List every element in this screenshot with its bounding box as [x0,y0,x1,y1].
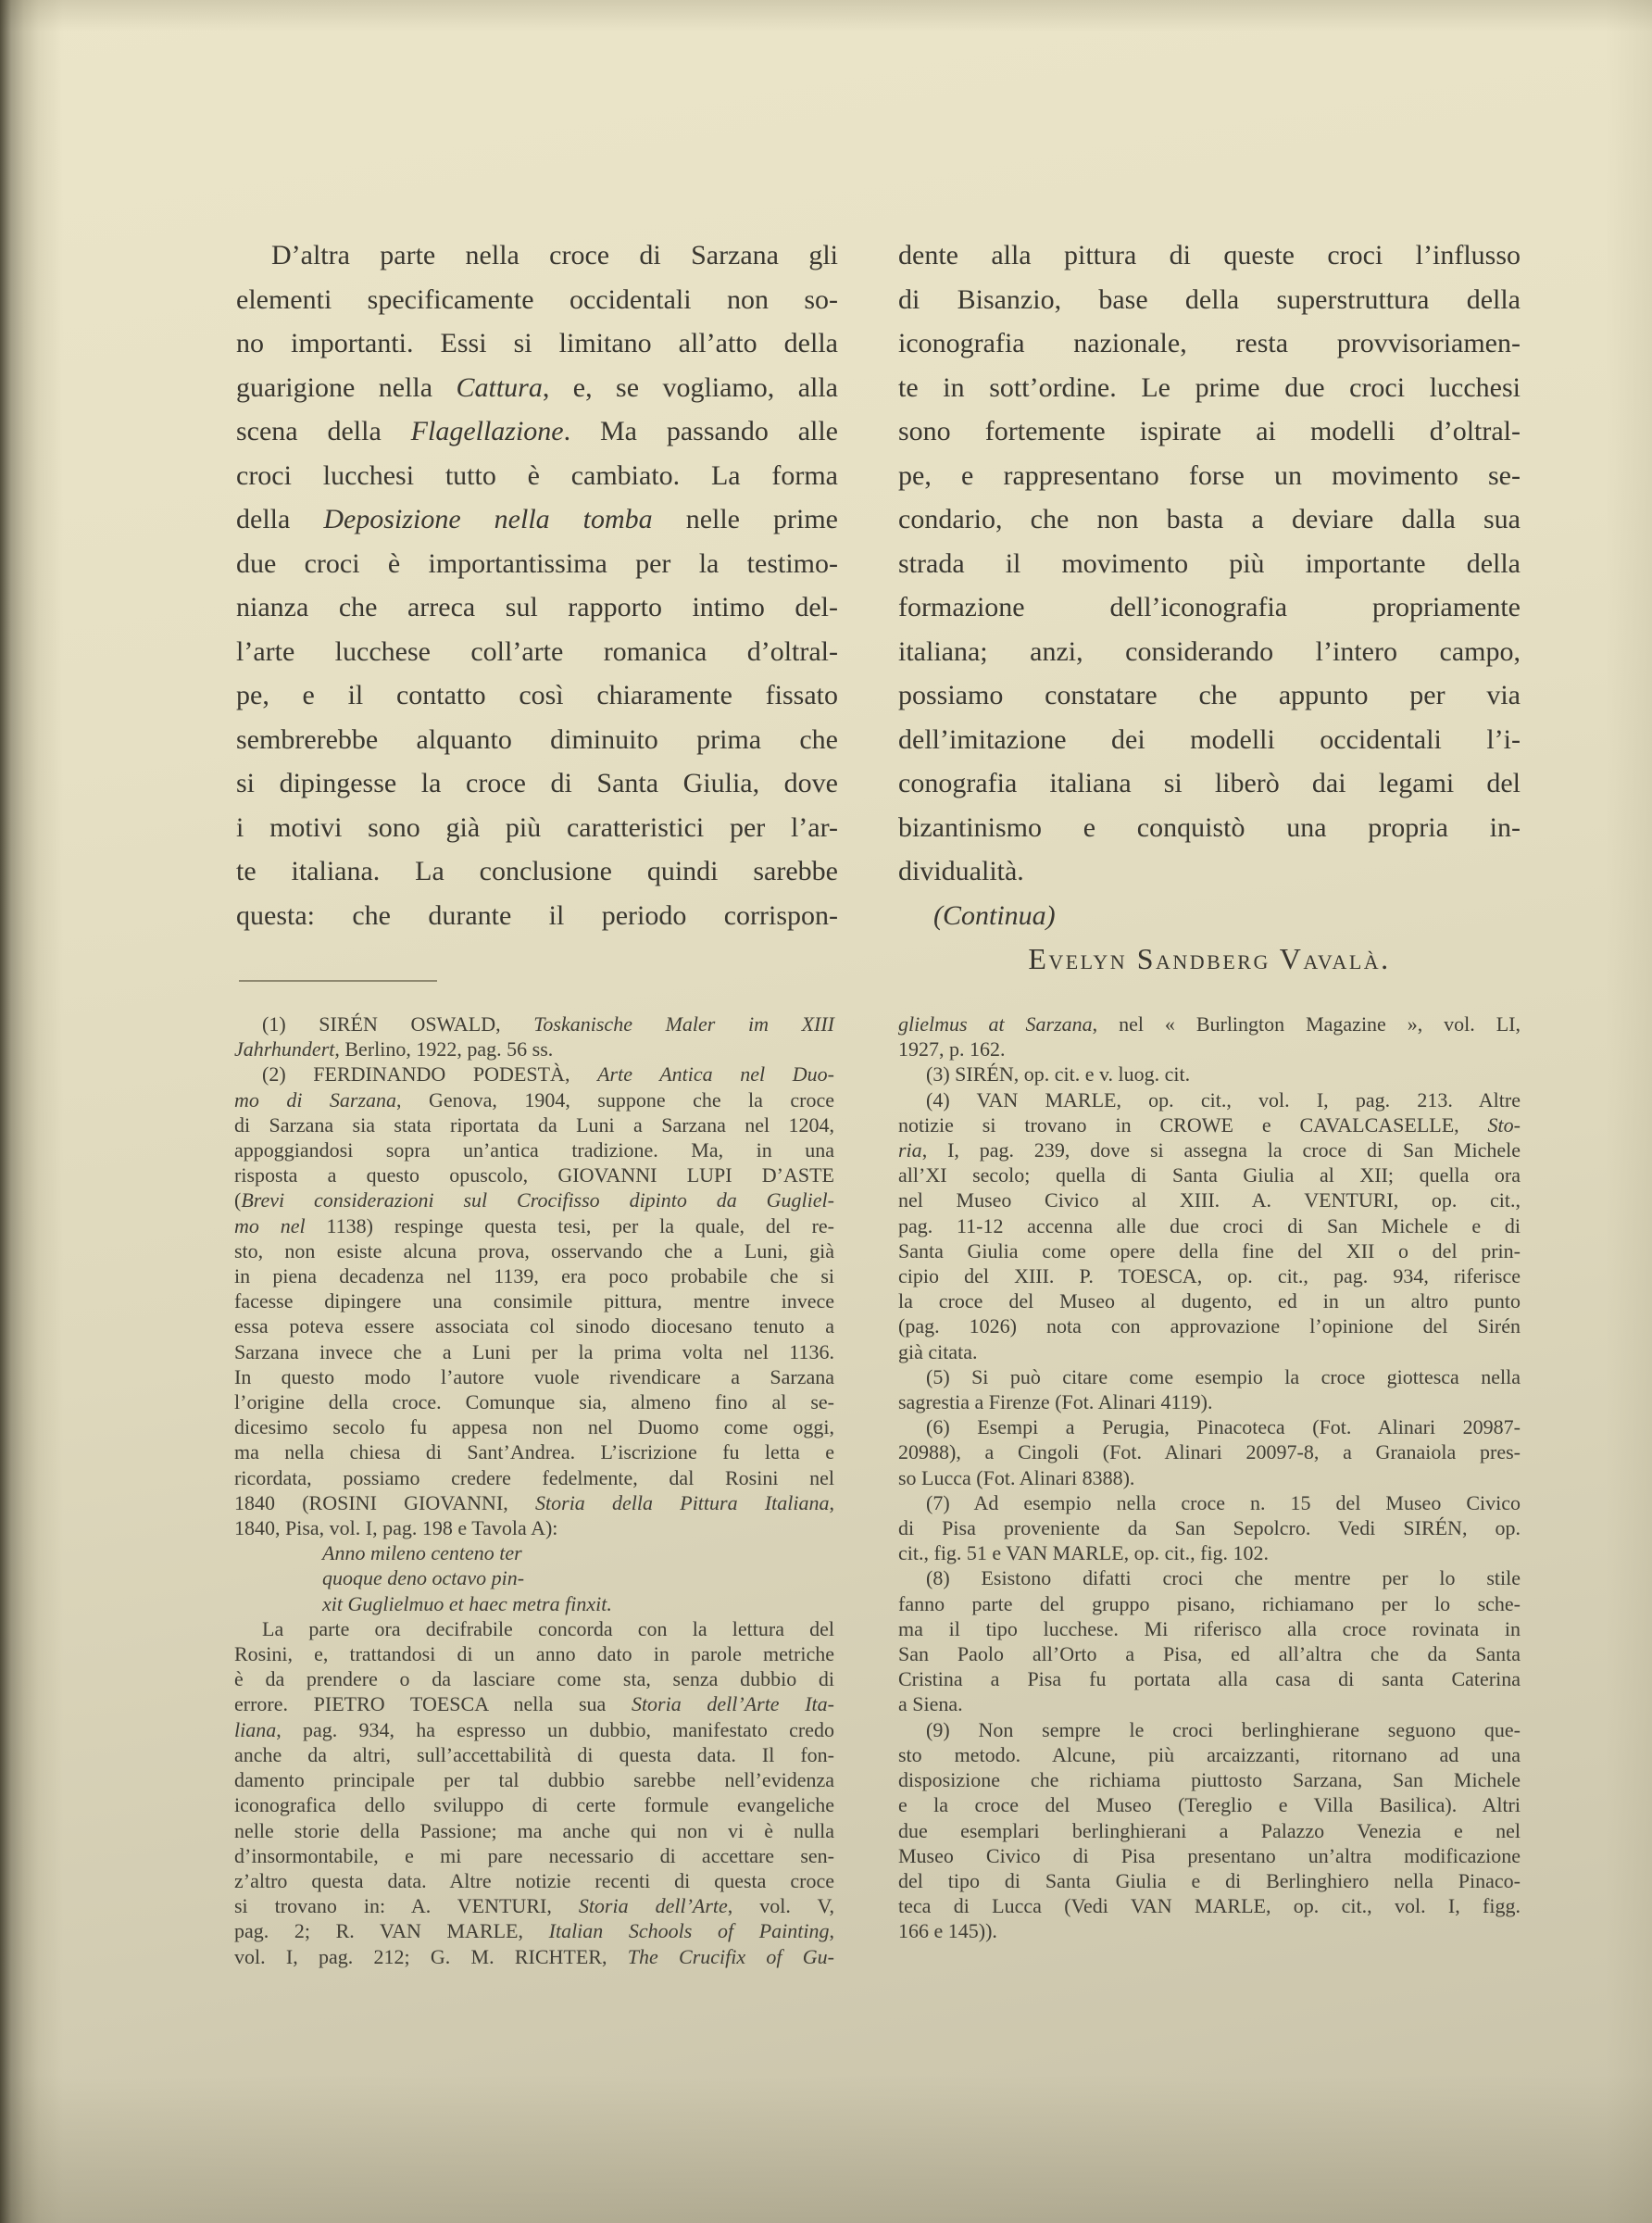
text-run: croci lucchesi tutto è cambiato. La form… [236,460,838,491]
text-run: sembrerebbe alquanto diminuito prima che [236,724,838,755]
text-run: D’altra parte nella croce di Sarzana gli [271,240,838,270]
text-run: di Pisa proveniente da San Sepolcro. Ved… [898,1516,1521,1539]
text-line: italiana; anzi, considerando l’intero ca… [898,630,1521,674]
text-run: , [830,1491,835,1514]
text-line: errore. PIETRO TOESCA nella sua Storia d… [234,1691,834,1716]
text-run: Cristina a Pisa fu portata alla casa di … [898,1667,1521,1690]
text-line: si dipingesse la croce di Santa Giulia, … [236,761,838,806]
text-line: sto metodo. Alcune, più arcaizzanti, rit… [898,1742,1521,1767]
text-run: (3) SIRÉN, op. cit. e v. luog. cit. [926,1062,1190,1086]
text-run: fanno parte del gruppo pisano, richiaman… [898,1592,1521,1615]
text-line: glielmus at Sarzana, nel « Burlington Ma… [898,1011,1521,1036]
footnotes-right-column: glielmus at Sarzana, nel « Burlington Ma… [898,1011,1521,1944]
text-run: conografia italiana si liberò dai legami… [898,768,1521,798]
text-line: sagrestia a Firenze (Fot. Alinari 4119). [898,1389,1521,1414]
text-line: notizie si trovano in CROWE e CAVALCASEL… [898,1112,1521,1137]
text-run: dente alla pittura di queste croci l’inf… [898,240,1521,270]
text-run: nel Museo Civico al XIII. A. VENTURI, op… [898,1188,1521,1212]
text-line: ma nella chiesa di Sant’Andrea. L’iscriz… [234,1439,834,1464]
text-run: risposta a questo opuscolo, GIOVANNI LUP… [234,1163,834,1187]
text-run: pe, e rappresentano forse un movimento s… [898,460,1521,491]
text-run: no importanti. Essi si limitano all’atto… [236,328,838,358]
text-run: bizantinismo e conquistò una propria in- [898,812,1521,843]
text-line: nianza che arreca sul rapporto intimo de… [236,585,838,630]
text-run: (2) FERDINANDO PODESTÀ, [262,1062,597,1086]
text-line: pag. 2; R. VAN MARLE, Italian Schools of… [234,1918,834,1943]
text-run: nelle storie della Passione; ma anche qu… [234,1819,834,1842]
italic-text-run: xit Guglielmuo et haec metra finxit. [322,1592,612,1615]
text-line: 166 e 145)). [898,1918,1521,1943]
text-run: te in sott’ordine. Le prime due croci lu… [898,372,1521,403]
italic-text-run: Anno mileno centeno ter [322,1541,522,1564]
footnote-separator-rule [239,980,437,982]
text-line: e la croce del Museo (Tereglio e Villa B… [898,1792,1521,1817]
italic-text-run: ria [898,1138,922,1162]
footnotes-left-column: (1) SIRÉN OSWALD, Toskanische Maler im X… [234,1011,834,1969]
text-run: , Genova, 1904, suppone che la croce [396,1088,834,1111]
text-line: 1927, p. 162. [898,1036,1521,1061]
italic-text-run: Sto- [1488,1113,1521,1137]
text-line: (pag. 1026) nota con approvazione l’opin… [898,1313,1521,1338]
italic-text-run: Toskanische Maler im XIII [533,1012,834,1036]
italic-text-run: Flagellazione [411,416,564,446]
text-line: i motivi sono già più caratteristici per… [236,806,838,850]
text-run: dell’imitazione dei modelli occidentali … [898,724,1521,755]
text-run: notizie si trovano in CROWE e CAVALCASEL… [898,1113,1488,1137]
text-line: Jahrhundert, Berlino, 1922, pag. 56 ss. [234,1036,834,1061]
text-run: si dipingesse la croce di Santa Giulia, … [236,768,838,798]
text-line: cit., fig. 51 e VAN MARLE, op. cit., fig… [898,1540,1521,1565]
text-run: già citata. [898,1340,978,1363]
text-line: conografia italiana si liberò dai legami… [898,761,1521,806]
text-line: dell’imitazione dei modelli occidentali … [898,718,1521,762]
text-line: 20988), a Cingoli (Fot. Alinari 20097-8,… [898,1439,1521,1464]
text-line: mo di Sarzana, Genova, 1904, suppone che… [234,1087,834,1112]
text-run: (7) Ad esempio nella croce n. 15 del Mus… [926,1491,1521,1514]
text-run: cit., fig. 51 e VAN MARLE, op. cit., fig… [898,1541,1269,1564]
text-run: (5) Si può citare come esempio la croce … [926,1365,1521,1388]
text-run: , I, pag. 239, dove si assegna la croce … [922,1138,1521,1162]
text-line: di Sarzana sia stata riportata da Luni a… [234,1112,834,1137]
text-line: di Pisa proveniente da San Sepolcro. Ved… [898,1515,1521,1540]
text-run: San Paolo all’Orto a Pisa, ed all’altra … [898,1642,1521,1665]
italic-text-run: Storia della Pittura Italiana [535,1491,829,1514]
text-run: (1) SIRÉN OSWALD, [262,1012,533,1036]
text-run: Santa Giulia come opere della fine del X… [898,1239,1521,1262]
text-line: possiamo constatare che appunto per via [898,673,1521,718]
text-line: Sarzana invece che a Luni per la prima v… [234,1339,834,1364]
text-line: teca di Lucca (Vedi VAN MARLE, op. cit.,… [898,1893,1521,1918]
main-text-left-column: D’altra parte nella croce di Sarzana gli… [236,233,838,937]
text-run: guarigione nella [236,372,456,403]
text-run: , vol. V, [728,1894,834,1917]
text-line: (7) Ad esempio nella croce n. 15 del Mus… [898,1490,1521,1515]
text-run: di Bisanzio, base della superstruttura d… [898,284,1521,315]
italic-text-run: glielmus at Sarzana [898,1012,1093,1036]
text-line: La parte ora decifrabile concorda con la… [234,1616,834,1641]
text-run: pag. 2; R. VAN MARLE, [234,1919,549,1942]
text-run: Sarzana invece che a Luni per la prima v… [234,1340,834,1363]
text-line: essa poteva essere associata col sinodo … [234,1313,834,1338]
text-run: all’XI secolo; quella di Santa Giulia al… [898,1163,1521,1187]
text-run: (6) Esempi a Perugia, Pinacoteca (Fot. A… [926,1415,1521,1438]
text-line: di Bisanzio, base della superstruttura d… [898,278,1521,322]
text-line: guarigione nella Cattura, e, se vogliamo… [236,366,838,410]
text-line: Museo Civico di Pisa presentano un’altra… [898,1843,1521,1868]
text-run: si trovano in: A. VENTURI, [234,1894,579,1917]
text-line: so Lucca (Fot. Alinari 8388). [898,1465,1521,1490]
text-run: e la croce del Museo (Tereglio e Villa B… [898,1793,1521,1816]
text-run: , pag. 934, ha espresso un dubbio, manif… [276,1718,834,1741]
text-line: all’XI secolo; quella di Santa Giulia al… [898,1162,1521,1187]
author-signature: Evelyn Sandberg Vavalà. [898,937,1521,982]
text-line: appoggiandosi sopra un’antica tradizione… [234,1137,834,1162]
text-run: Rosini, e, trattandosi di un anno dato i… [234,1642,834,1665]
text-run: del tipo di Santa Giulia e di Berlinghie… [898,1869,1521,1892]
text-run: iconografia nazionale, resta provvisoria… [898,328,1521,358]
text-run: , e, se vogliamo, alla [543,372,838,403]
text-line: risposta a questo opuscolo, GIOVANNI LUP… [234,1162,834,1187]
text-run: 1927, p. 162. [898,1037,1006,1061]
text-run: (8) Esistono difatti croci che mentre pe… [926,1566,1521,1589]
italic-text-run: Deposizione nella tomba [323,504,652,534]
text-run: te italiana. La conclusione quindi sareb… [236,856,838,886]
text-run: due esemplari berlinghierani a Palazzo V… [898,1819,1521,1842]
text-line: ricordata, possiamo credere fedelmente, … [234,1465,834,1490]
italic-text-run: Jahrhundert [234,1037,334,1061]
text-run: sto, non esiste alcuna prova, osservando… [234,1239,834,1262]
text-line: condario, che non basta a deviare dalla … [898,497,1521,542]
text-run: sagrestia a Firenze (Fot. Alinari 4119). [898,1390,1213,1413]
text-run: teca di Lucca (Vedi VAN MARLE, op. cit.,… [898,1894,1521,1917]
text-run: possiamo constatare che appunto per via [898,680,1521,710]
text-line: d’insormontabile, e mi pare necessario d… [234,1843,834,1868]
text-line: Anno mileno centeno ter [234,1540,834,1565]
text-run: . Ma passando alle [564,416,838,446]
text-line: mo nel 1138) respinge questa tesi, per l… [234,1213,834,1238]
italic-text-run: Storia dell’Arte [579,1894,728,1917]
text-line: a Siena. [898,1691,1521,1716]
text-line: sto, non esiste alcuna prova, osservando… [234,1238,834,1263]
text-line: (Brevi considerazioni sul Crocifisso dip… [234,1187,834,1212]
text-line: te in sott’ordine. Le prime due croci lu… [898,366,1521,410]
text-line: z’altro questa data. Altre notizie recen… [234,1868,834,1893]
text-run: , nel « Burlington Magazine », vol. LI, [1093,1012,1521,1036]
text-line: due esemplari berlinghierani a Palazzo V… [898,1818,1521,1843]
text-run: dicesimo secolo fu appesa non nel Duomo … [234,1415,834,1438]
text-run: è da prendere o da lasciare come sta, se… [234,1667,834,1690]
text-run: ma il tipo lucchese. Mi riferisco alla c… [898,1617,1521,1640]
text-run: facesse dipingere una consimile pittura,… [234,1289,834,1312]
text-run: La parte ora decifrabile concorda con la… [262,1617,834,1640]
italic-text-run: Italian Schools of Painting [549,1919,830,1942]
text-line: San Paolo all’Orto a Pisa, ed all’altra … [898,1641,1521,1666]
text-run: d’insormontabile, e mi pare necessario d… [234,1844,834,1867]
text-line: già citata. [898,1339,1521,1364]
text-line: te italiana. La conclusione quindi sareb… [236,849,838,894]
text-run: i motivi sono già più caratteristici per… [236,812,838,843]
text-line: Cristina a Pisa fu portata alla casa di … [898,1666,1521,1691]
text-line: elementi specificamente occidentali non … [236,278,838,322]
italic-text-run: The Crucifix of Gu- [628,1945,834,1968]
text-run: due croci è importantissima per la testi… [236,548,838,579]
main-text-right-lines: dente alla pittura di queste croci l’inf… [898,233,1521,894]
text-line: si trovano in: A. VENTURI, Storia dell’A… [234,1893,834,1918]
text-line: In questo modo l’autore vuole rivendicar… [234,1364,834,1389]
text-line: sembrerebbe alquanto diminuito prima che [236,718,838,762]
text-line: (1) SIRÉN OSWALD, Toskanische Maler im X… [234,1011,834,1036]
text-line: (4) VAN MARLE, op. cit., vol. I, pag. 21… [898,1087,1521,1112]
italic-text-run: mo di Sarzana [234,1088,396,1111]
text-line: quoque deno octavo pin- [234,1565,834,1590]
text-run: 20988), a Cingoli (Fot. Alinari 20097-8,… [898,1440,1521,1463]
text-run: a Siena. [898,1692,963,1715]
text-line: dente alla pittura di queste croci l’inf… [898,233,1521,278]
text-run: cipio del XIII. P. TOESCA, op. cit., pag… [898,1264,1521,1287]
text-line: (5) Si può citare come esempio la croce … [898,1364,1521,1389]
text-run: errore. PIETRO TOESCA nella sua [234,1692,632,1715]
scanned-book-page: D’altra parte nella croce di Sarzana gli… [0,0,1652,2223]
text-run: z’altro questa data. Altre notizie recen… [234,1869,834,1892]
text-line: ma il tipo lucchese. Mi riferisco alla c… [898,1616,1521,1641]
text-line: croci lucchesi tutto è cambiato. La form… [236,454,838,498]
text-run: anche da altri, sull’accettabilità di qu… [234,1743,834,1766]
text-run: pe, e il contatto così chiaramente fissa… [236,680,838,710]
text-run: in piena decadenza nel 1139, era poco pr… [234,1264,834,1287]
text-line: pe, e il contatto così chiaramente fissa… [236,673,838,718]
text-line: due croci è importantissima per la testi… [236,542,838,586]
text-line: dicesimo secolo fu appesa non nel Duomo … [234,1414,834,1439]
text-line: iconografia nazionale, resta provvisoria… [898,321,1521,366]
text-line: Santa Giulia come opere della fine del X… [898,1238,1521,1263]
text-line: Rosini, e, trattandosi di un anno dato i… [234,1641,834,1666]
text-run: vol. I, pag. 212; G. M. RICHTER, [234,1945,628,1968]
text-line: xit Guglielmuo et haec metra finxit. [234,1591,834,1616]
text-line: (9) Non sempre le croci berlinghierane s… [898,1717,1521,1742]
text-line: D’altra parte nella croce di Sarzana gli [236,233,838,278]
text-line: 1840 (ROSINI GIOVANNI, Storia della Pitt… [234,1490,834,1515]
text-run: di Sarzana sia stata riportata da Luni a… [234,1113,834,1137]
continuation-note: (Continua) [898,894,1521,938]
text-run: italiana; anzi, considerando l’intero ca… [898,636,1521,667]
italic-text-run: mo nel [234,1214,306,1237]
text-line: in piena decadenza nel 1139, era poco pr… [234,1263,834,1288]
text-run: scena della [236,416,411,446]
text-line: (2) FERDINANDO PODESTÀ, Arte Antica nel … [234,1061,834,1086]
text-run: nelle prime [653,504,838,534]
text-line: la croce del Museo al dugento, ed in un … [898,1288,1521,1313]
text-line: damento principale per tal dubbio sarebb… [234,1767,834,1792]
text-line: questa: che durante il periodo corrispon… [236,894,838,938]
text-line: 1840, Pisa, vol. I, pag. 198 e Tavola A)… [234,1515,834,1540]
text-run: (4) VAN MARLE, op. cit., vol. I, pag. 21… [926,1088,1521,1111]
text-run: 1840, Pisa, vol. I, pag. 198 e Tavola A)… [234,1516,557,1539]
text-line: facesse dipingere una consimile pittura,… [234,1288,834,1313]
text-run: (9) Non sempre le croci berlinghierane s… [926,1718,1521,1741]
text-line: è da prendere o da lasciare come sta, se… [234,1666,834,1691]
text-run: dividualità. [898,856,1024,886]
text-run: la croce del Museo al dugento, ed in un … [898,1289,1521,1312]
text-run: essa poteva essere associata col sinodo … [234,1314,834,1338]
text-run: In questo modo l’autore vuole rivendicar… [234,1365,834,1388]
text-run: questa: che durante il periodo corrispon… [236,900,838,931]
text-line: fanno parte del gruppo pisano, richiaman… [898,1591,1521,1616]
main-text-right-column: dente alla pittura di queste croci l’inf… [898,233,1521,982]
text-run: della [236,504,323,534]
text-run: l’origine della croce. Comunque sia, alm… [234,1390,834,1413]
text-run: ma nella chiesa di Sant’Andrea. L’iscriz… [234,1440,834,1463]
text-line: della Deposizione nella tomba nelle prim… [236,497,838,542]
text-run: , Berlino, 1922, pag. 56 ss. [334,1037,553,1061]
text-line: bizantinismo e conquistò una propria in- [898,806,1521,850]
italic-text-run: Cattura [456,372,542,403]
text-line: l’origine della croce. Comunque sia, alm… [234,1389,834,1414]
text-run: ricordata, possiamo credere fedelmente, … [234,1466,834,1489]
text-run: condario, che non basta a deviare dalla … [898,504,1521,534]
text-run: appoggiandosi sopra un’antica tradizione… [234,1138,834,1162]
text-run: so Lucca (Fot. Alinari 8388). [898,1466,1134,1489]
text-line: disposizione che richiama piuttosto Sarz… [898,1767,1521,1792]
italic-text-run: quoque deno octavo pin- [322,1566,524,1589]
italic-text-run: liana [234,1718,276,1741]
italic-text-run: Storia dell’Arte Ita- [632,1692,834,1715]
text-line: nel Museo Civico al XIII. A. VENTURI, op… [898,1187,1521,1212]
text-run: 1840 (ROSINI GIOVANNI, [234,1491,535,1514]
text-run: formazione dell’iconografia propriamente [898,592,1521,622]
text-run: 1138) respinge questa tesi, per la quale… [306,1214,834,1237]
text-line: del tipo di Santa Giulia e di Berlinghie… [898,1868,1521,1893]
text-line: (8) Esistono difatti croci che mentre pe… [898,1565,1521,1590]
text-run: sono fortemente ispirate ai modelli d’ol… [898,416,1521,446]
text-line: sono fortemente ispirate ai modelli d’ol… [898,409,1521,454]
text-run: sto metodo. Alcune, più arcaizzanti, rit… [898,1743,1521,1766]
text-run: , [830,1919,835,1942]
text-line: no importanti. Essi si limitano all’atto… [236,321,838,366]
text-line: strada il movimento più importante della [898,542,1521,586]
italic-text-run: Arte Antica nel Duo- [597,1062,834,1086]
text-line: anche da altri, sull’accettabilità di qu… [234,1742,834,1767]
text-line: pag. 11-12 accenna alle due croci di San… [898,1213,1521,1238]
text-line: dividualità. [898,849,1521,894]
text-run: 166 e 145)). [898,1919,997,1942]
text-line: ria, I, pag. 239, dove si assegna la cro… [898,1137,1521,1162]
text-run: iconografica dello sviluppo di certe for… [234,1793,834,1816]
text-line: iconografica dello sviluppo di certe for… [234,1792,834,1817]
text-run: nianza che arreca sul rapporto intimo de… [236,592,838,622]
text-run: l’arte lucchese coll’arte romanica d’olt… [236,636,838,667]
text-run: disposizione che richiama piuttosto Sarz… [898,1768,1521,1791]
text-line: l’arte lucchese coll’arte romanica d’olt… [236,630,838,674]
text-line: formazione dell’iconografia propriamente [898,585,1521,630]
text-line: pe, e rappresentano forse un movimento s… [898,454,1521,498]
text-run: (pag. 1026) nota con approvazione l’opin… [898,1314,1521,1338]
text-run: pag. 11-12 accenna alle due croci di San… [898,1214,1521,1237]
text-run: strada il movimento più importante della [898,548,1521,579]
text-line: cipio del XIII. P. TOESCA, op. cit., pag… [898,1263,1521,1288]
italic-text-run: Brevi considerazioni sul Crocifisso dipi… [241,1188,834,1212]
text-line: scena della Flagellazione. Ma passando a… [236,409,838,454]
text-line: (3) SIRÉN, op. cit. e v. luog. cit. [898,1061,1521,1086]
text-run: damento principale per tal dubbio sarebb… [234,1768,834,1791]
text-line: liana, pag. 934, ha espresso un dubbio, … [234,1717,834,1742]
text-run: Museo Civico di Pisa presentano un’altra… [898,1844,1521,1867]
text-run: elementi specificamente occidentali non … [236,284,838,315]
text-line: vol. I, pag. 212; G. M. RICHTER, The Cru… [234,1944,834,1969]
text-line: (6) Esempi a Perugia, Pinacoteca (Fot. A… [898,1414,1521,1439]
text-line: nelle storie della Passione; ma anche qu… [234,1818,834,1843]
